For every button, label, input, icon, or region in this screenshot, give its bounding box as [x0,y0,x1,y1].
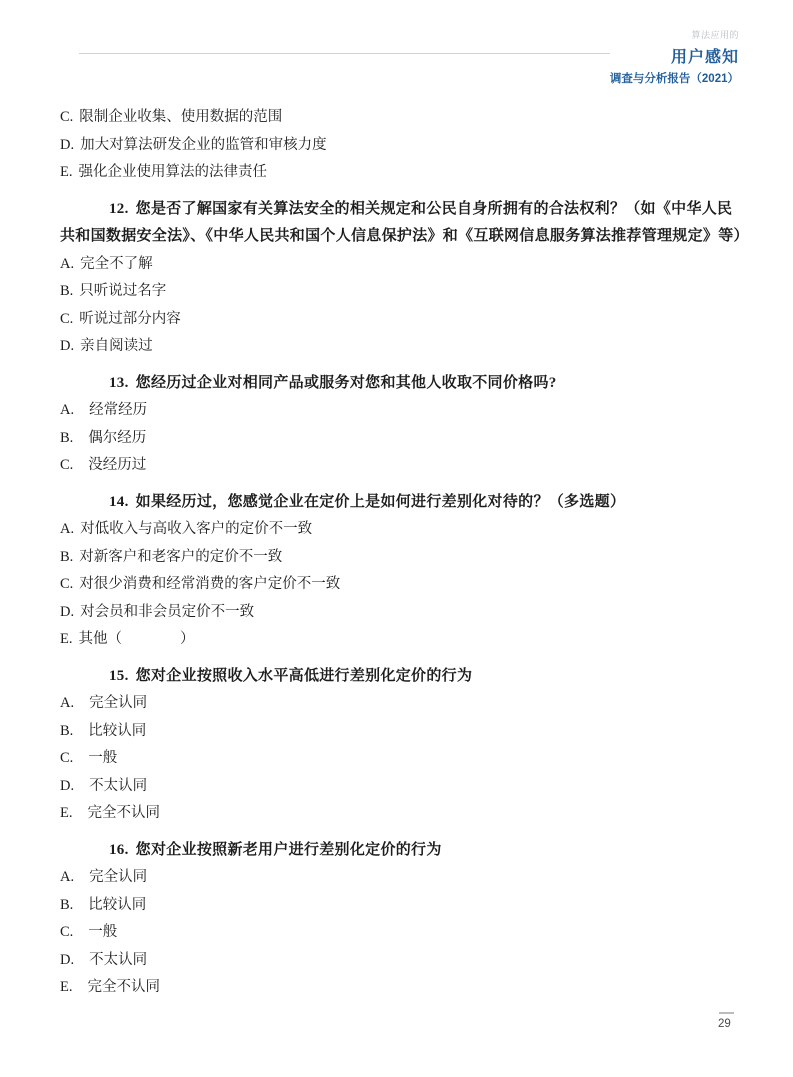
question-title: 12.您是否了解国家有关算法安全的相关规定和公民自身所拥有的合法权利？（如《中华… [60,196,742,251]
question-options: A.完全认同 B.比较认同 C.一般 D.不太认同 E.完全不认同 [60,690,742,828]
option-label: B. [60,430,73,446]
question-options: A.完全不了解 B.只听说过名字 C.听说过部分内容 D.亲自阅读过 [60,251,742,361]
option-label: E. [60,979,72,995]
option-text: 没经历过 [88,457,146,473]
question-14: 14.如果经历过，您感觉企业在定价上是如何进行差别化对待的？（多选题） A.对低… [60,489,742,654]
option-label: A. [60,521,74,537]
question-title-text: 您对企业按照新老用户进行差别化定价的行为 [136,842,442,858]
leading-options: C.限制企业收集、使用数据的范围 D.加大对算法研发企业的监管和审核力度 E.强… [60,104,742,187]
option-text: 加大对算法研发企业的监管和审核力度 [80,137,327,153]
question-title-text: 如果经历过，您感觉企业在定价上是如何进行差别化对待的？（多选题） [136,494,626,510]
option-row: D.亲自阅读过 [60,333,742,361]
option-text: 比较认同 [88,897,146,913]
header-divider [79,53,610,54]
option-text: 比较认同 [88,723,146,739]
header-text-block: 算法应用的 用户感知 调查与分析报告（2021） [610,28,739,86]
option-text: 完全认同 [89,695,147,711]
option-label: C. [60,109,73,125]
option-text: 不太认同 [89,952,147,968]
question-12: 12.您是否了解国家有关算法安全的相关规定和公民自身所拥有的合法权利？（如《中华… [60,196,742,361]
page-number: 29 [718,1018,734,1030]
question-title-text: 您是否了解国家有关算法安全的相关规定和公民自身所拥有的合法权利？（如《中华人民共… [60,201,749,245]
option-row: A.经常经历 [60,397,742,425]
option-text: 对新客户和老客户的定价不一致 [79,549,282,565]
option-row: B.比较认同 [60,892,742,920]
option-row: C.没经历过 [60,452,742,480]
question-number: 12. [109,201,129,217]
question-title: 16.您对企业按照新老用户进行差别化定价的行为 [60,837,742,865]
option-label: B. [60,897,73,913]
option-label: D. [60,338,74,354]
question-options: A.完全认同 B.比较认同 C.一般 D.不太认同 E.完全不认同 [60,864,742,1002]
option-row: D.加大对算法研发企业的监管和审核力度 [60,132,742,160]
option-row: E.完全不认同 [60,974,742,1002]
option-label: A. [60,869,74,885]
option-row: C.对很少消费和经常消费的客户定价不一致 [60,571,742,599]
option-label: D. [60,952,74,968]
option-text: 经常经历 [89,402,147,418]
option-text: 完全不认同 [87,805,160,821]
option-row: A.完全认同 [60,864,742,892]
option-label: A. [60,256,74,272]
option-label: C. [60,311,73,327]
option-label: A. [60,695,74,711]
question-title: 15.您对企业按照收入水平高低进行差别化定价的行为 [60,663,742,691]
option-text: 完全认同 [89,869,147,885]
option-row: E.其他（ ） [60,626,742,654]
option-label: C. [60,924,73,940]
option-label: E. [60,805,72,821]
option-text: 其他（ ） [78,631,194,647]
option-text: 听说过部分内容 [79,311,181,327]
question-15: 15.您对企业按照收入水平高低进行差别化定价的行为 A.完全认同 B.比较认同 … [60,663,742,828]
question-13: 13.您经历过企业对相同产品或服务对您和其他人收取不同价格吗? A.经常经历 B… [60,370,742,480]
option-row: A.完全认同 [60,690,742,718]
option-label: C. [60,750,73,766]
option-row: B.偶尔经历 [60,425,742,453]
option-text: 偶尔经历 [88,430,146,446]
header-series-label: 算法应用的 [610,28,739,41]
option-text: 完全不了解 [80,256,153,272]
option-label: B. [60,549,73,565]
option-row: B.只听说过名字 [60,278,742,306]
header-subtitle: 调查与分析报告（2021） [610,70,739,86]
option-text: 只听说过名字 [79,283,166,299]
option-label: B. [60,723,73,739]
option-label: D. [60,778,74,794]
option-text: 对会员和非会员定价不一致 [80,604,254,620]
option-row: D.对会员和非会员定价不一致 [60,599,742,627]
option-text: 限制企业收集、使用数据的范围 [79,109,282,125]
option-row: E.强化企业使用算法的法律责任 [60,159,742,187]
option-label: A. [60,402,74,418]
option-label: C. [60,457,73,473]
option-label: C. [60,576,73,592]
question-title: 13.您经历过企业对相同产品或服务对您和其他人收取不同价格吗? [60,370,742,398]
option-text: 强化企业使用算法的法律责任 [78,164,267,180]
option-row: D.不太认同 [60,947,742,975]
question-16: 16.您对企业按照新老用户进行差别化定价的行为 A.完全认同 B.比较认同 C.… [60,837,742,1002]
question-number: 16. [109,842,129,858]
question-number: 15. [109,668,129,684]
option-row: C.限制企业收集、使用数据的范围 [60,104,742,132]
header-title: 用户感知 [610,44,739,67]
option-text: 完全不认同 [87,979,160,995]
option-label: D. [60,137,74,153]
option-text: 对低收入与高收入客户的定价不一致 [80,521,312,537]
questionnaire-content: C.限制企业收集、使用数据的范围 D.加大对算法研发企业的监管和审核力度 E.强… [60,104,742,1002]
option-row: C.一般 [60,919,742,947]
option-label: E. [60,164,72,180]
option-label: B. [60,283,73,299]
option-row: A.完全不了解 [60,251,742,279]
option-row: B.对新客户和老客户的定价不一致 [60,544,742,572]
question-title-text: 您对企业按照收入水平高低进行差别化定价的行为 [136,668,473,684]
question-number: 13. [109,375,129,391]
question-options: A.对低收入与高收入客户的定价不一致 B.对新客户和老客户的定价不一致 C.对很… [60,516,742,654]
option-text: 一般 [88,924,117,940]
option-text: 一般 [88,750,117,766]
footer-rule [719,1012,734,1014]
option-label: E. [60,631,72,647]
question-title: 14.如果经历过，您感觉企业在定价上是如何进行差别化对待的？（多选题） [60,489,742,517]
question-title-text: 您经历过企业对相同产品或服务对您和其他人收取不同价格吗? [136,375,557,391]
option-row: B.比较认同 [60,718,742,746]
question-options: A.经常经历 B.偶尔经历 C.没经历过 [60,397,742,480]
option-row: A.对低收入与高收入客户的定价不一致 [60,516,742,544]
option-row: D.不太认同 [60,773,742,801]
question-number: 14. [109,494,129,510]
option-label: D. [60,604,74,620]
option-row: C.一般 [60,745,742,773]
option-text: 不太认同 [89,778,147,794]
option-text: 亲自阅读过 [80,338,153,354]
page: 算法应用的 用户感知 调查与分析报告（2021） C.限制企业收集、使用数据的范… [0,0,793,1077]
option-row: C.听说过部分内容 [60,306,742,334]
option-text: 对很少消费和经常消费的客户定价不一致 [79,576,340,592]
page-footer: 29 [718,1012,734,1030]
option-row: E.完全不认同 [60,800,742,828]
